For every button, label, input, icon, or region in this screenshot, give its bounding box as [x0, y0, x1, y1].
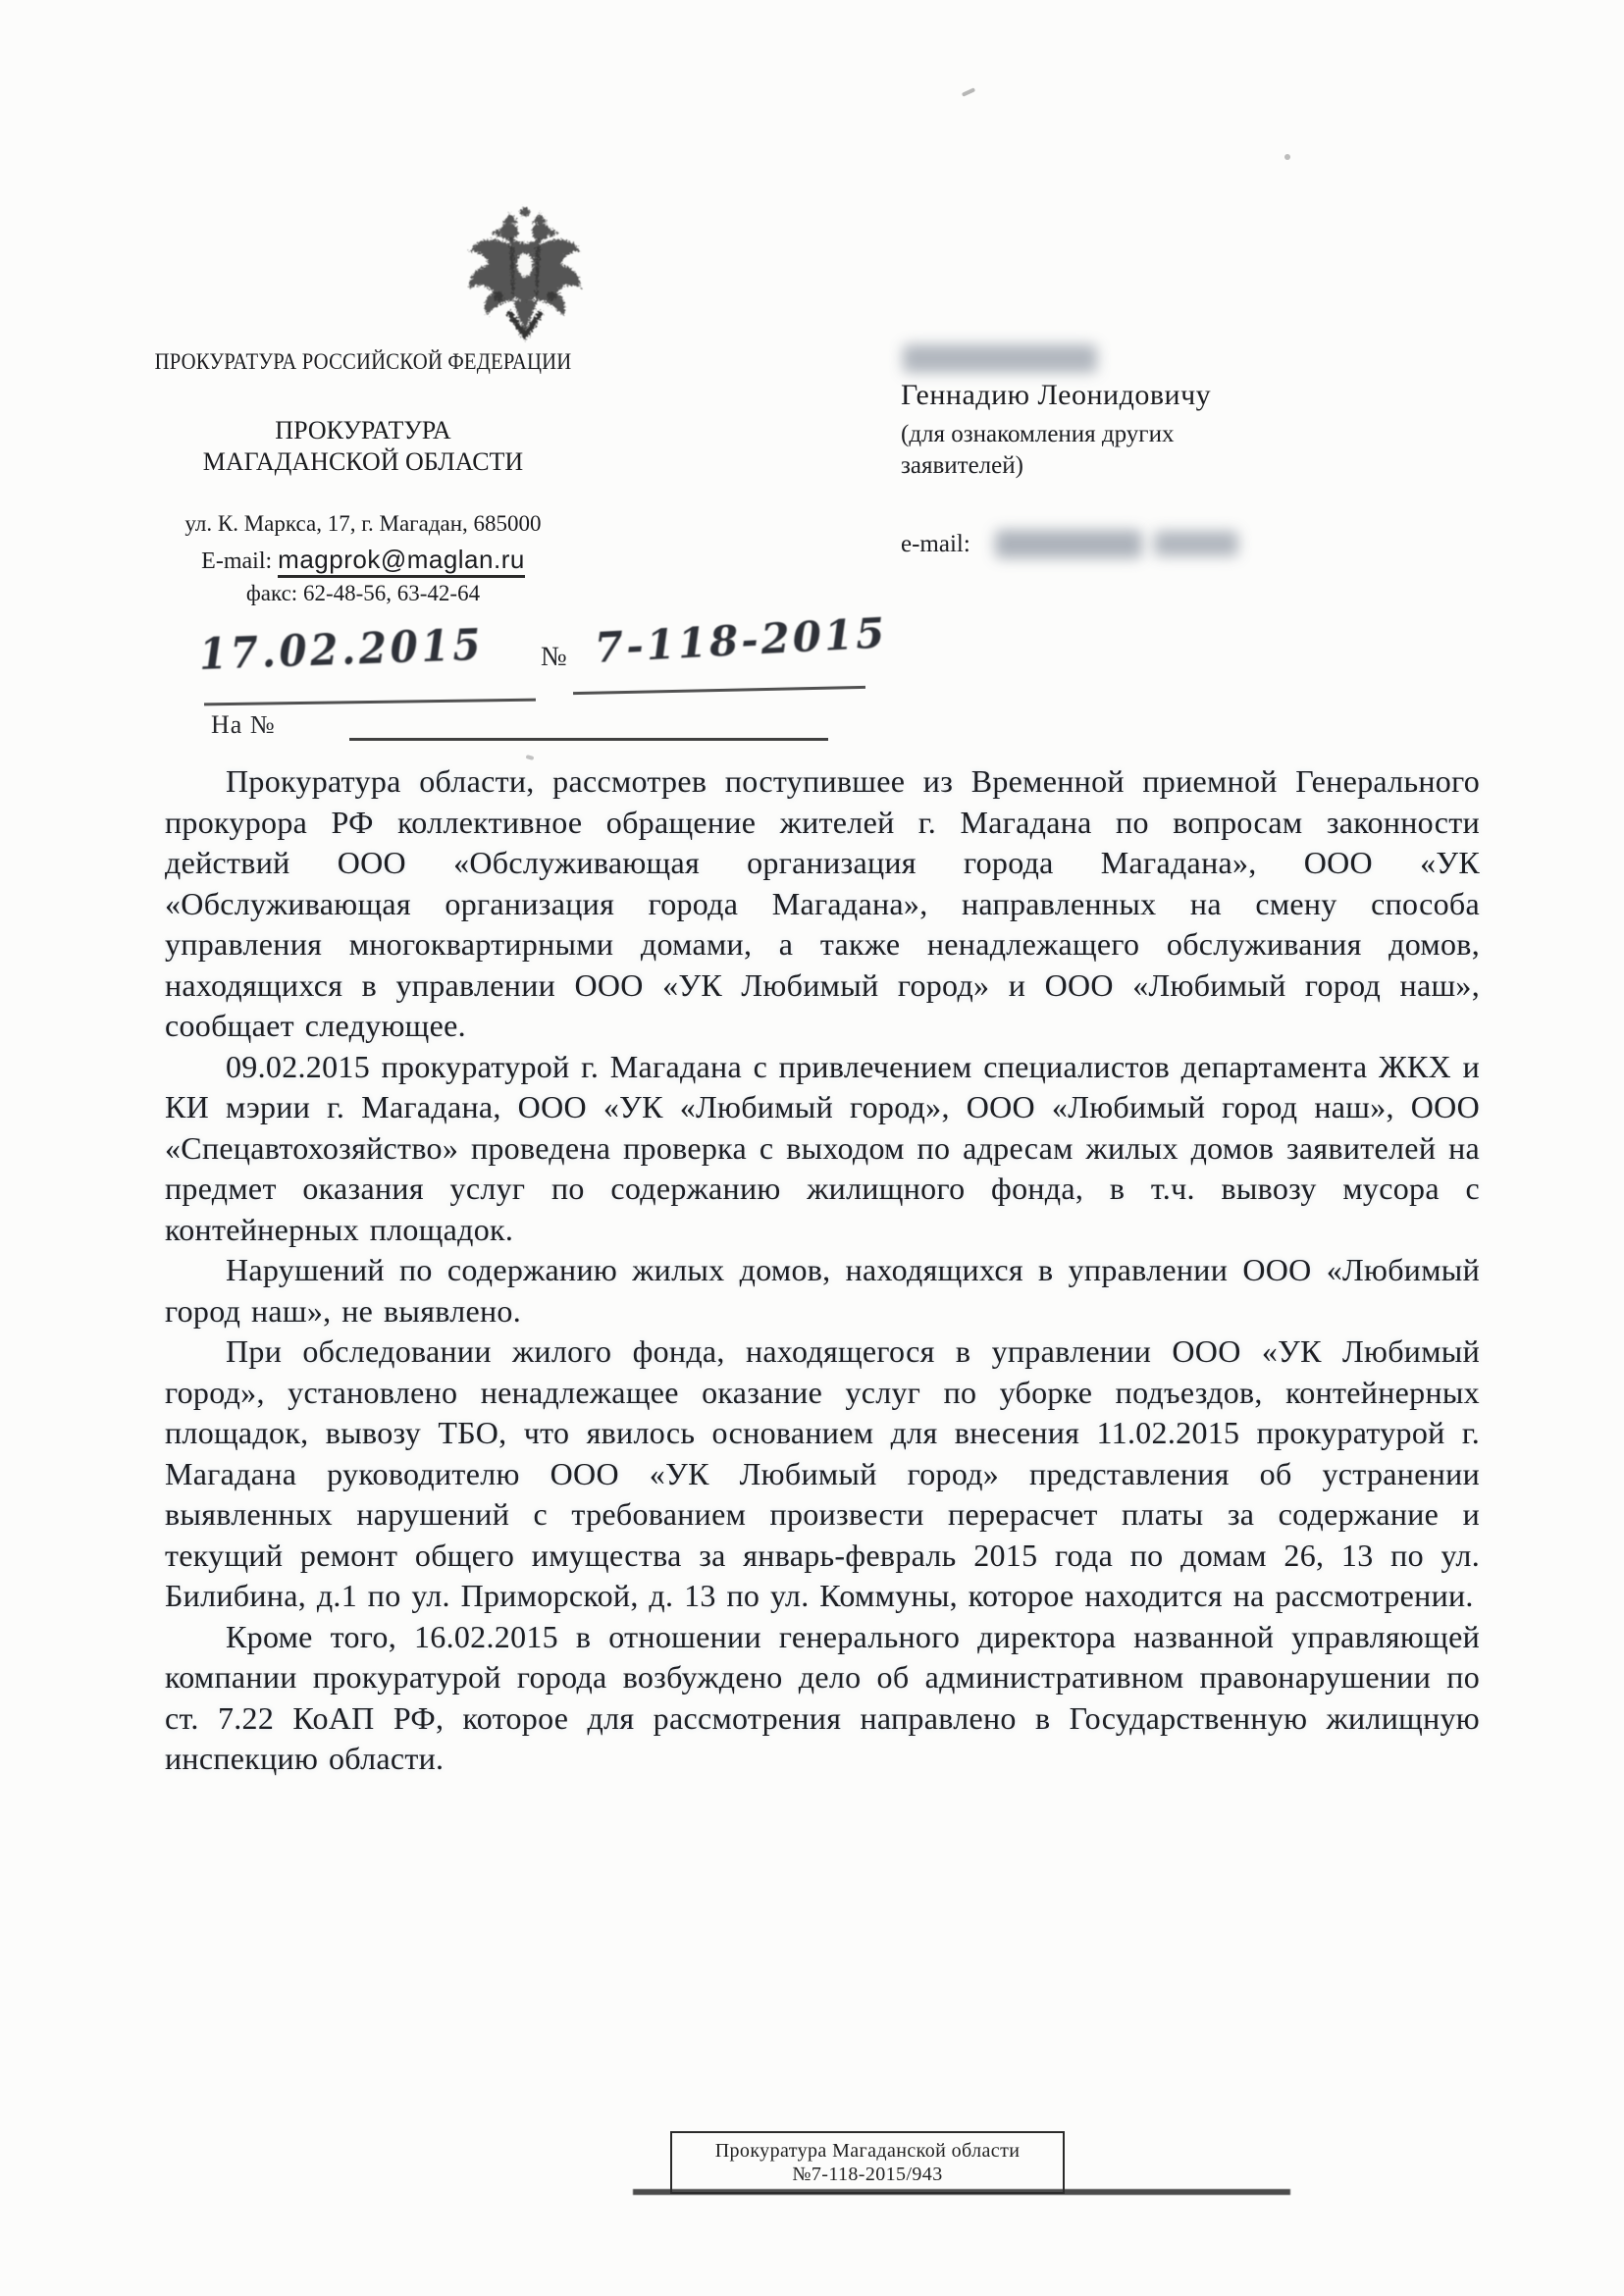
addressee-email-label: e-mail: — [901, 531, 970, 558]
addressee-note-line1: (для ознакомления других — [901, 421, 1174, 448]
scanned-letter-page: ПРОКУРАТУРА РОССИЙСКОЙ ФЕДЕРАЦИИ ПРОКУРА… — [0, 0, 1624, 2296]
letterhead-org-name-line1: ПРОКУРАТУРА — [118, 416, 608, 445]
reply-number-underline — [349, 738, 828, 741]
body-paragraph: Кроме того, 16.02.2015 в отношении генер… — [165, 1617, 1480, 1780]
double-headed-eagle-icon — [459, 202, 592, 349]
redacted-addressee-email-blur-tail — [1154, 531, 1238, 556]
addressee-note-line2: заявителей) — [901, 452, 1023, 480]
number-underline — [573, 686, 865, 695]
letterhead-email-line: E-mail: magprok@maglan.ru — [118, 545, 608, 575]
redacted-addressee-email-blur — [995, 530, 1142, 558]
registration-stamp-box: Прокуратура Магаданской области №7-118-2… — [670, 2131, 1065, 2194]
stamp-number-line: №7-118-2015/943 — [672, 2163, 1063, 2186]
stamp-bottom-smudge-line — [633, 2189, 1290, 2195]
body-paragraph: При обследовании жилого фонда, находящег… — [165, 1331, 1480, 1617]
scan-speck — [526, 755, 535, 760]
reply-to-number-label: На № — [211, 710, 276, 740]
russia-coat-of-arms-emblem — [459, 202, 592, 349]
addressee-name-patronymic: Геннадию Леонидовичу — [901, 379, 1211, 412]
letterhead-org-name-line2: МАГАДАНСКОЙ ОБЛАСТИ — [118, 447, 608, 477]
body-paragraph: Нарушений по содержанию жилых домов, нах… — [165, 1250, 1480, 1331]
number-sign: № — [541, 642, 567, 673]
stamp-org-line: Прокуратура Магаданской области — [672, 2139, 1063, 2163]
letterhead-fax: факс: 62-48-56, 63-42-64 — [118, 581, 608, 606]
handwritten-date: 17.02.2015 — [198, 620, 485, 680]
handwritten-outgoing-number: 7-118-2015 — [594, 608, 889, 672]
letterhead-postal-address: ул. К. Маркса, 17, г. Магадан, 685000 — [118, 511, 608, 537]
letterhead-email-label: E-mail: — [201, 548, 272, 574]
scan-speck — [1284, 154, 1290, 160]
letter-body: Прокуратура области, рассмотрев поступив… — [165, 761, 1480, 1780]
letterhead-email-value: magprok@maglan.ru — [278, 545, 525, 578]
body-paragraph: 09.02.2015 прокуратурой г. Магадана с пр… — [165, 1047, 1480, 1251]
date-underline — [204, 699, 536, 706]
scan-speck — [962, 87, 975, 97]
letterhead-org-federation: ПРОКУРАТУРА РОССИЙСКОЙ ФЕДЕРАЦИИ — [142, 349, 584, 375]
redacted-addressee-name-blur — [903, 344, 1097, 373]
body-paragraph: Прокуратура области, рассмотрев поступив… — [165, 761, 1480, 1047]
